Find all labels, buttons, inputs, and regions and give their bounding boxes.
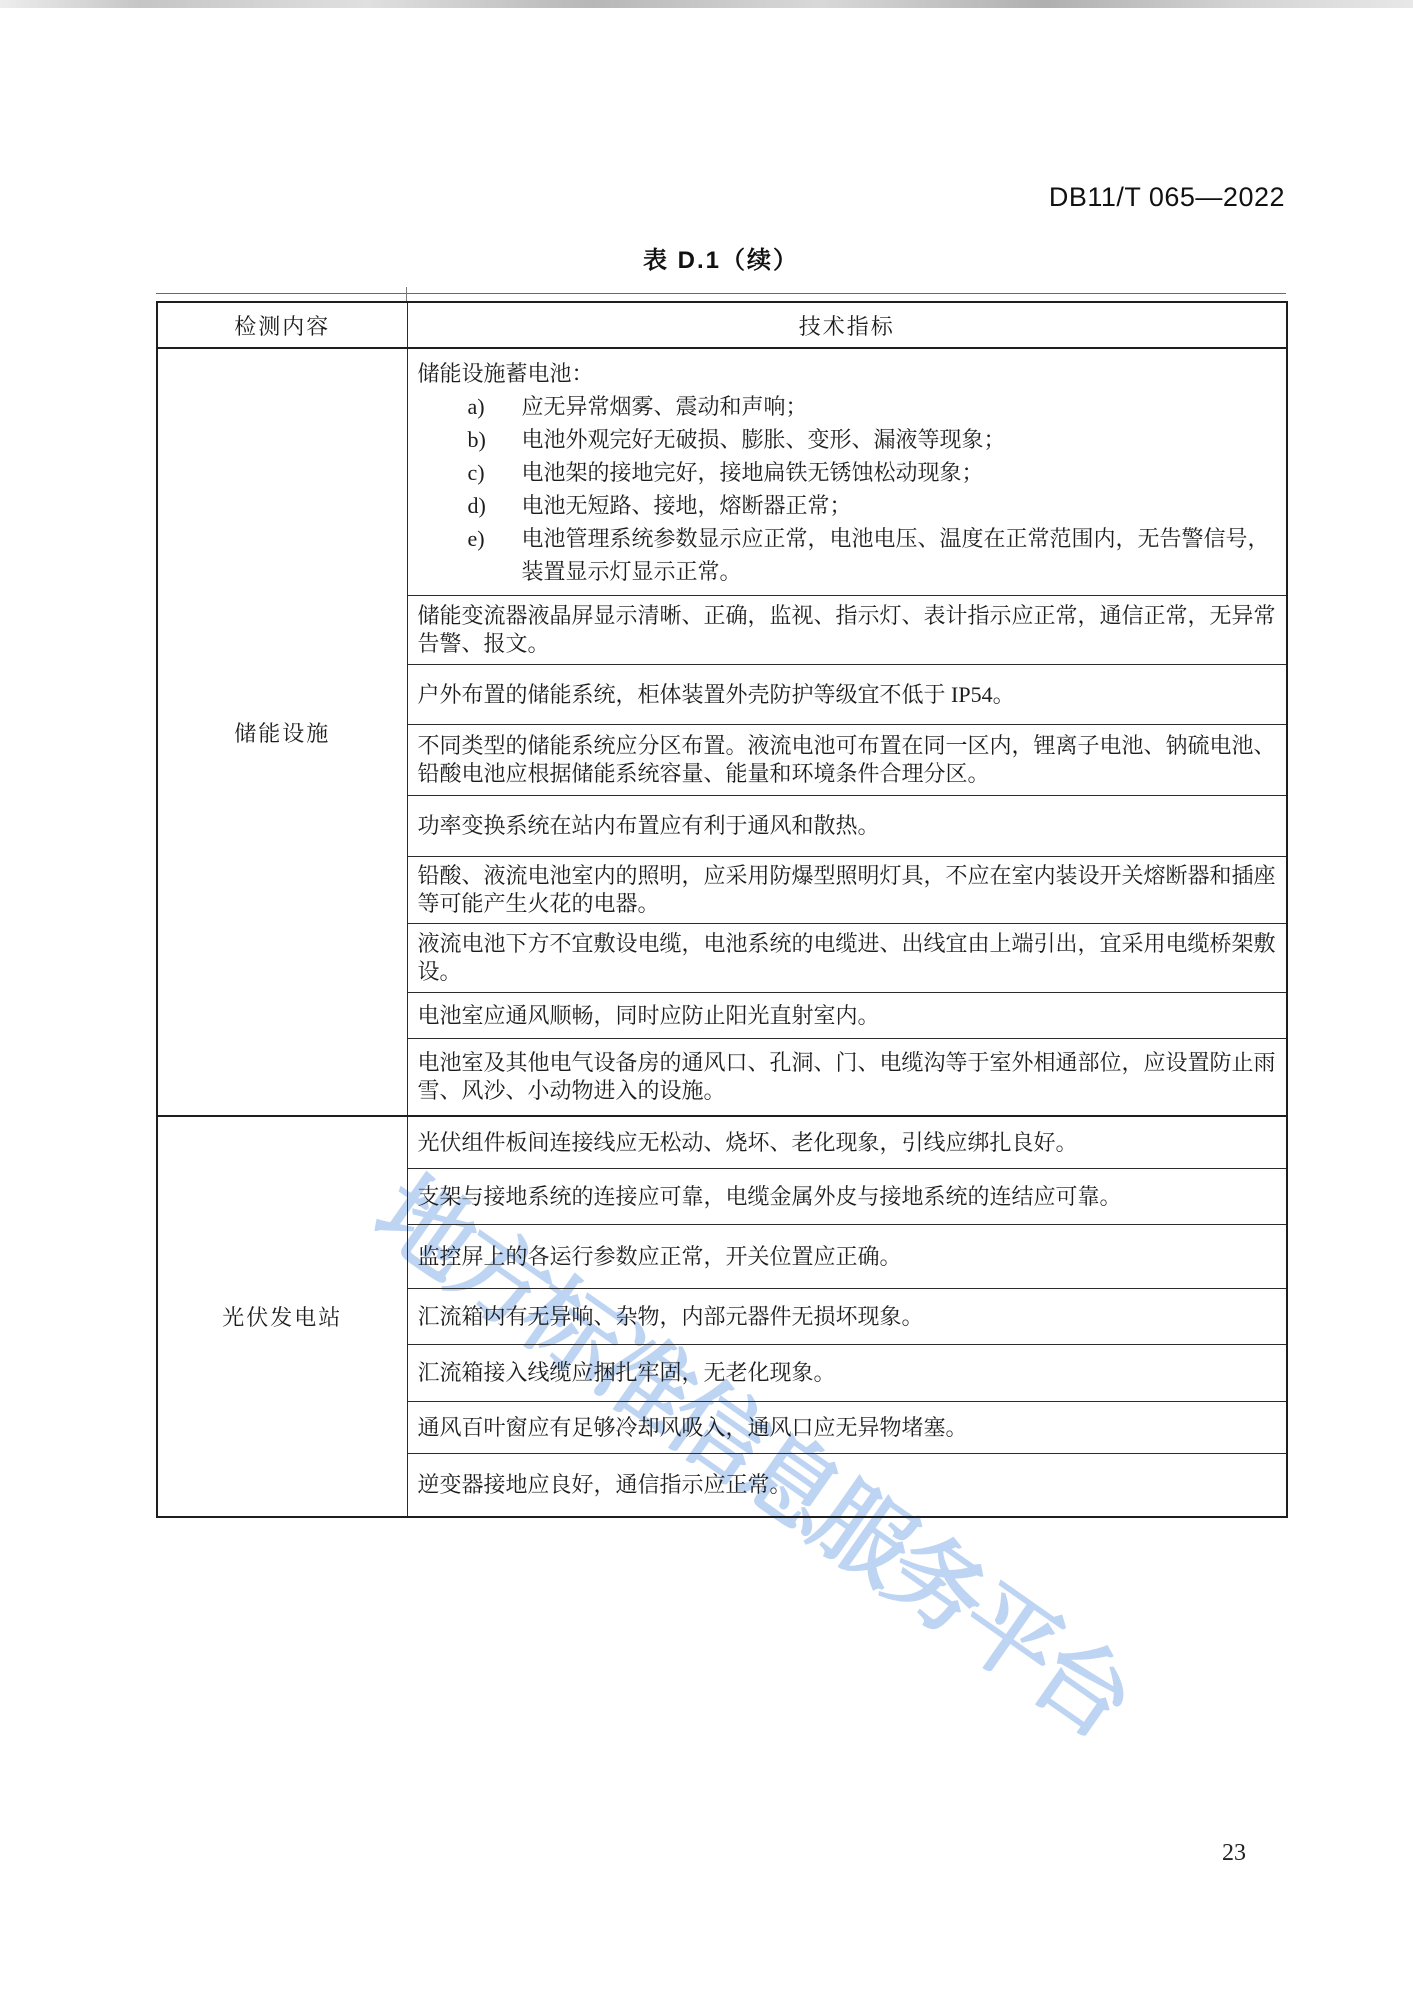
list-marker: a) (468, 390, 522, 423)
spec-cell: 液流电池下方不宜敷设电缆，电池系统的电缆进、出线宜由上端引出，宜采用电缆桥架敷设… (407, 924, 1287, 993)
spec-cell: 户外布置的储能系统，柜体装置外壳防护等级宜不低于 IP54。 (407, 665, 1287, 725)
category-cell: 光伏发电站 (157, 1116, 407, 1517)
spec-cell: 储能设施蓄电池：a)应无异常烟雾、震动和声响；b)电池外观完好无破损、膨胀、变形… (407, 348, 1287, 596)
spec-row: 储能设施储能设施蓄电池：a)应无异常烟雾、震动和声响；b)电池外观完好无破损、膨… (157, 348, 1287, 596)
spec-cell: 支架与接地系统的连接应可靠，电缆金属外皮与接地系统的连结应可靠。 (407, 1169, 1287, 1225)
spec-cell: 储能变流器液晶屏显示清晰、正确，监视、指示灯、表计指示应正常，通信正常，无异常告… (407, 596, 1287, 665)
list-marker: d) (468, 489, 522, 522)
table-header-row: 检测内容 技术指标 (157, 302, 1287, 348)
table-body: 储能设施储能设施蓄电池：a)应无异常烟雾、震动和声响；b)电池外观完好无破损、膨… (157, 348, 1287, 1517)
column-header-content: 检测内容 (157, 302, 407, 348)
spec-cell: 通风百叶窗应有足够冷却风吸入，通风口应无异物堵塞。 (407, 1402, 1287, 1454)
list-text: 应无异常烟雾、震动和声响； (522, 390, 1277, 423)
inspection-table: 检测内容 技术指标 储能设施储能设施蓄电池：a)应无异常烟雾、震动和声响；b)电… (156, 301, 1288, 1518)
table-top-double-rule (156, 293, 1286, 294)
spec-cell: 光伏组件板间连接线应无松动、烧坏、老化现象，引线应绑扎良好。 (407, 1116, 1287, 1169)
list-item: a)应无异常烟雾、震动和声响； (418, 390, 1277, 423)
list-marker: e) (468, 522, 522, 588)
list-intro: 储能设施蓄电池： (418, 357, 1277, 390)
list-marker: c) (468, 456, 522, 489)
spec-cell: 功率变换系统在站内布置应有利于通风和散热。 (407, 796, 1287, 857)
list-text: 电池管理系统参数显示应正常，电池电压、温度在正常范围内，无告警信号，装置显示灯显… (522, 522, 1277, 588)
standard-code: DB11/T 065—2022 (1049, 182, 1285, 213)
list-text: 电池架的接地完好，接地扁铁无锈蚀松动现象； (522, 456, 1277, 489)
column-divider-tick (406, 287, 407, 302)
document-page: DB11/T 065—2022 表 D.1（续） 地方标准信息服务平台 检测内容… (0, 0, 1413, 2000)
list-item: e)电池管理系统参数显示应正常，电池电压、温度在正常范围内，无告警信号，装置显示… (418, 522, 1277, 588)
spec-cell: 电池室应通风顺畅，同时应防止阳光直射室内。 (407, 993, 1287, 1039)
spec-cell: 监控屏上的各运行参数应正常，开关位置应正确。 (407, 1225, 1287, 1289)
list-item: d)电池无短路、接地，熔断器正常； (418, 489, 1277, 522)
list-item: c)电池架的接地完好，接地扁铁无锈蚀松动现象； (418, 456, 1277, 489)
spec-cell: 汇流箱接入线缆应捆扎牢固，无老化现象。 (407, 1345, 1287, 1402)
list-marker: b) (468, 423, 522, 456)
spec-cell: 不同类型的储能系统应分区布置。液流电池可布置在同一区内，锂离子电池、钠硫电池、铅… (407, 725, 1287, 796)
page-number: 23 (1222, 1840, 1246, 1867)
spec-cell: 电池室及其他电气设备房的通风口、孔洞、门、电缆沟等于室外相通部位，应设置防止雨雪… (407, 1039, 1287, 1117)
spec-cell: 铅酸、液流电池室内的照明，应采用防爆型照明灯具，不应在室内装设开关熔断器和插座等… (407, 857, 1287, 924)
list-text: 电池外观完好无破损、膨胀、变形、漏液等现象； (522, 423, 1277, 456)
scan-artifact-band (0, 0, 1413, 8)
list-item: b)电池外观完好无破损、膨胀、变形、漏液等现象； (418, 423, 1277, 456)
column-header-indicator: 技术指标 (407, 302, 1287, 348)
spec-cell: 汇流箱内有无异响、杂物，内部元器件无损坏现象。 (407, 1289, 1287, 1345)
table-title: 表 D.1（续） (156, 240, 1286, 275)
spec-row: 光伏发电站光伏组件板间连接线应无松动、烧坏、老化现象，引线应绑扎良好。 (157, 1116, 1287, 1169)
list-text: 电池无短路、接地，熔断器正常； (522, 489, 1277, 522)
category-cell: 储能设施 (157, 348, 407, 1116)
spec-cell: 逆变器接地应良好，通信指示应正常。 (407, 1454, 1287, 1518)
